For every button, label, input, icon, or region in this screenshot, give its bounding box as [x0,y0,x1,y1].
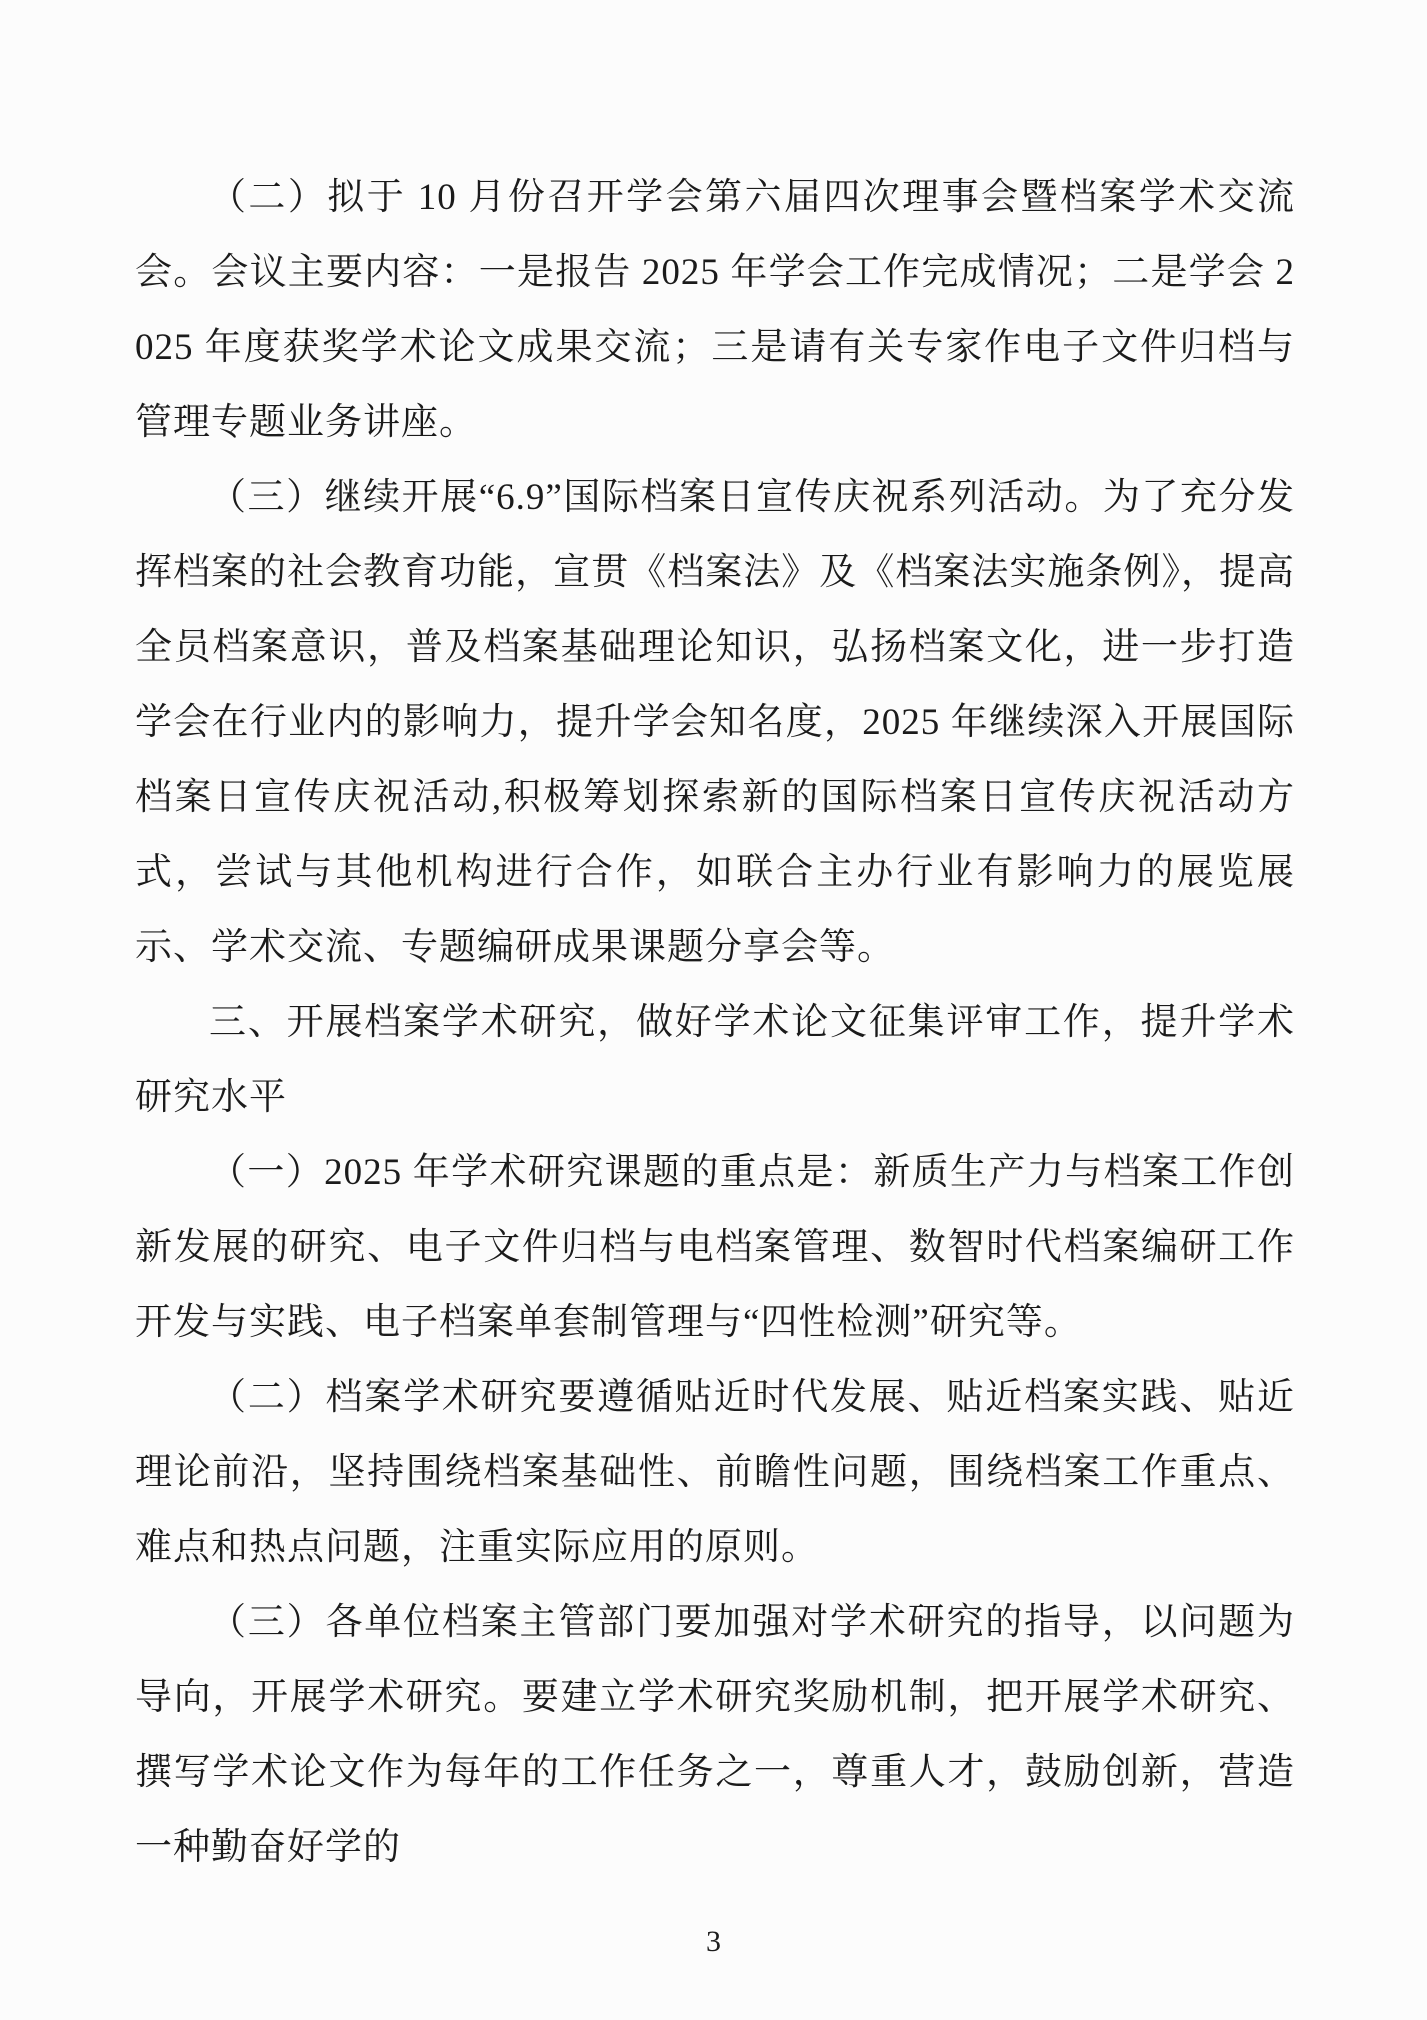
document-body: （二）拟于 10 月份召开学会第六届四次理事会暨档案学术交流会。会议主要内容：一… [135,160,1295,1885]
paragraph: （二）档案学术研究要遵循贴近时代发展、贴近档案实践、贴近理论前沿，坚持围绕档案基… [135,1360,1295,1585]
paragraph: （三）继续开展“6.9”国际档案日宣传庆祝系列活动。为了充分发挥档案的社会教育功… [135,460,1295,985]
paragraph: （二）拟于 10 月份召开学会第六届四次理事会暨档案学术交流会。会议主要内容：一… [135,160,1295,460]
document-page: （二）拟于 10 月份召开学会第六届四次理事会暨档案学术交流会。会议主要内容：一… [0,0,1427,2020]
page-footer: 3 [0,1922,1427,1962]
paragraph: （一）2025 年学术研究课题的重点是：新质生产力与档案工作创新发展的研究、电子… [135,1135,1295,1360]
page-number: 3 [706,1925,721,1958]
paragraph: （三）各单位档案主管部门要加强对学术研究的指导，以问题为导向，开展学术研究。要建… [135,1585,1295,1885]
section-heading: 三、开展档案学术研究，做好学术论文征集评审工作，提升学术研究水平 [135,985,1295,1135]
